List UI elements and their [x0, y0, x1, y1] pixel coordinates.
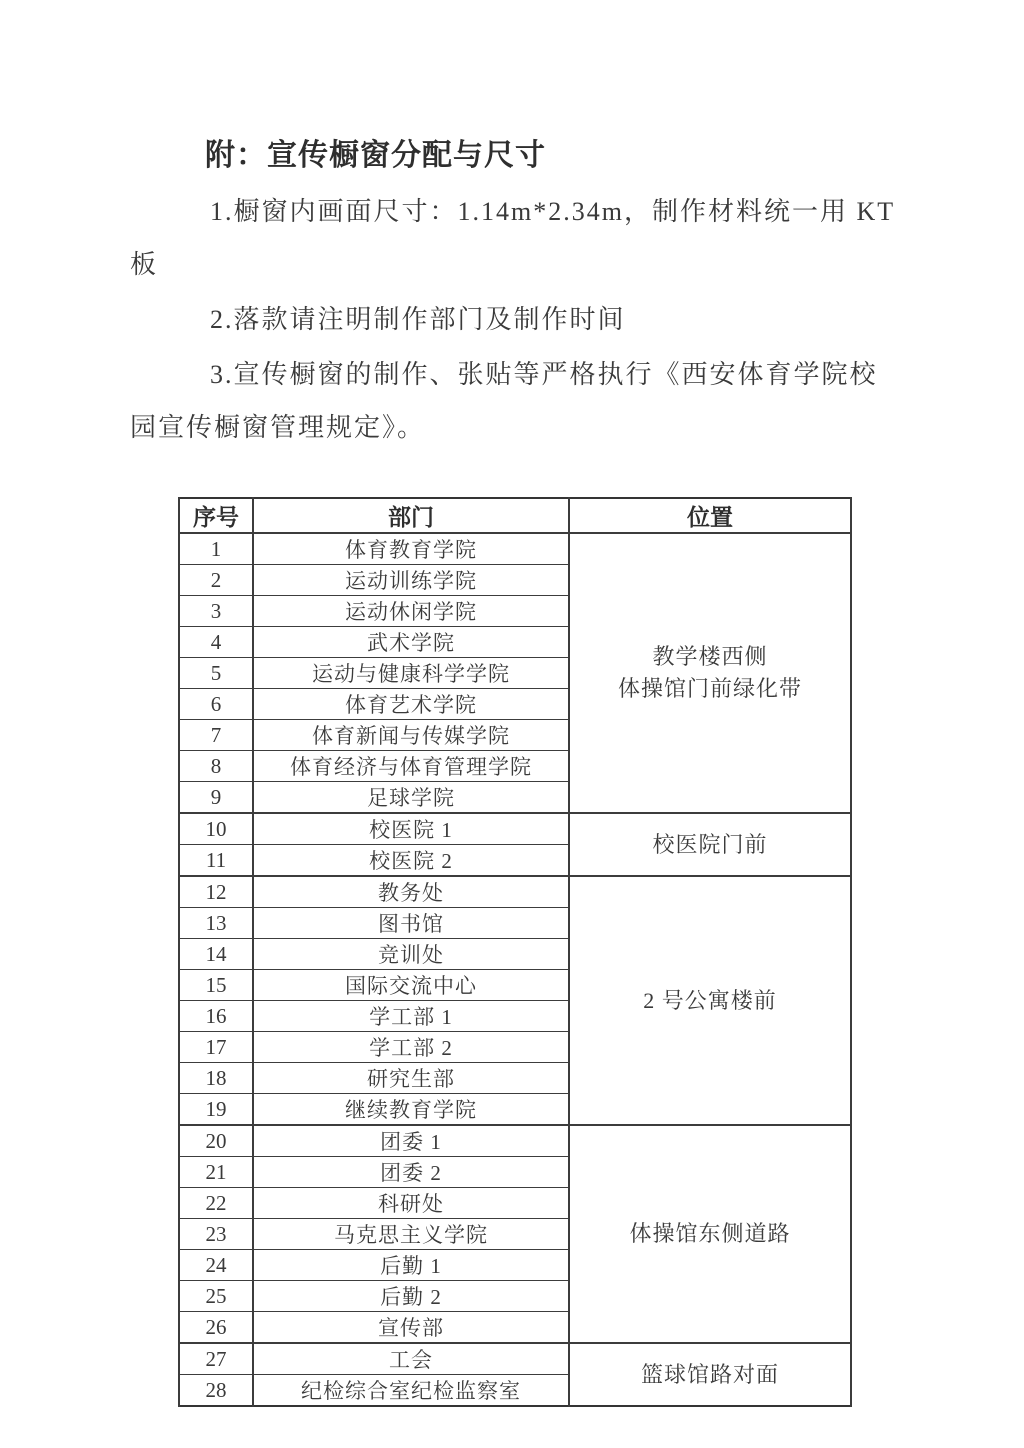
row-no-cell: 7 [179, 720, 253, 751]
location-line: 教学楼西侧 [570, 641, 850, 673]
row-no-cell: 13 [179, 908, 253, 939]
row-no-cell: 12 [179, 876, 253, 908]
row-no-cell: 23 [179, 1219, 253, 1250]
department-cell: 图书馆 [253, 908, 569, 939]
row-no-cell: 21 [179, 1157, 253, 1188]
table-header-row: 序号 部门 位置 [179, 498, 851, 533]
row-no-cell: 10 [179, 813, 253, 845]
department-cell: 纪检综合室纪检监察室 [253, 1375, 569, 1407]
row-no-cell: 5 [179, 658, 253, 689]
location-cell: 教学楼西侧 体操馆门前绿化带 [569, 533, 851, 813]
table-row: 27 工会 篮球馆路对面 [179, 1343, 851, 1375]
department-cell: 研究生部 [253, 1063, 569, 1094]
row-no-cell: 27 [179, 1343, 253, 1375]
department-cell: 马克思主义学院 [253, 1219, 569, 1250]
department-cell: 团委 1 [253, 1125, 569, 1157]
department-cell: 校医院 2 [253, 845, 569, 877]
row-no-cell: 9 [179, 782, 253, 814]
row-no-cell: 15 [179, 970, 253, 1001]
row-no-cell: 11 [179, 845, 253, 877]
row-no-cell: 2 [179, 565, 253, 596]
location-cell: 校医院门前 [569, 813, 851, 876]
row-no-cell: 26 [179, 1312, 253, 1344]
department-cell: 学工部 1 [253, 1001, 569, 1032]
row-no-cell: 16 [179, 1001, 253, 1032]
row-no-cell: 14 [179, 939, 253, 970]
location-line: 体操馆门前绿化带 [570, 673, 850, 705]
department-cell: 团委 2 [253, 1157, 569, 1188]
location-line: 校医院门前 [570, 829, 850, 861]
department-cell: 运动与健康科学学院 [253, 658, 569, 689]
document-page: 附：宣传橱窗分配与尺寸 1.橱窗内画面尺寸：1.14m*2.34m，制作材料统一… [0, 0, 1024, 1448]
paragraph-line-1: 1.橱窗内画面尺寸：1.14m*2.34m，制作材料统一用 KT [210, 191, 895, 228]
department-cell: 工会 [253, 1343, 569, 1375]
row-no-cell: 8 [179, 751, 253, 782]
row-no-cell: 28 [179, 1375, 253, 1407]
department-cell: 体育新闻与传媒学院 [253, 720, 569, 751]
row-no-cell: 1 [179, 533, 253, 565]
department-cell: 宣传部 [253, 1312, 569, 1344]
department-cell: 科研处 [253, 1188, 569, 1219]
row-no-cell: 22 [179, 1188, 253, 1219]
location-line: 2 号公寓楼前 [570, 985, 850, 1017]
table-row: 20 团委 1 体操馆东侧道路 [179, 1125, 851, 1157]
department-cell: 后勤 2 [253, 1281, 569, 1312]
col-header-department: 部门 [253, 498, 569, 533]
department-cell: 国际交流中心 [253, 970, 569, 1001]
department-cell: 体育艺术学院 [253, 689, 569, 720]
location-cell: 体操馆东侧道路 [569, 1125, 851, 1343]
department-cell: 武术学院 [253, 627, 569, 658]
location-cell: 篮球馆路对面 [569, 1343, 851, 1406]
paragraph-line-3: 2.落款请注明制作部门及制作时间 [210, 299, 626, 336]
department-cell: 体育教育学院 [253, 533, 569, 565]
col-header-no: 序号 [179, 498, 253, 533]
location-line: 体操馆东侧道路 [570, 1218, 850, 1250]
department-cell: 校医院 1 [253, 813, 569, 845]
location-line: 篮球馆路对面 [570, 1359, 850, 1391]
department-cell: 继续教育学院 [253, 1094, 569, 1126]
row-no-cell: 20 [179, 1125, 253, 1157]
row-no-cell: 18 [179, 1063, 253, 1094]
table-row: 10 校医院 1 校医院门前 [179, 813, 851, 845]
location-cell: 2 号公寓楼前 [569, 876, 851, 1125]
department-cell: 体育经济与体育管理学院 [253, 751, 569, 782]
row-no-cell: 25 [179, 1281, 253, 1312]
col-header-location: 位置 [569, 498, 851, 533]
row-no-cell: 24 [179, 1250, 253, 1281]
department-cell: 运动训练学院 [253, 565, 569, 596]
row-no-cell: 4 [179, 627, 253, 658]
paragraph-line-4: 3.宣传橱窗的制作、张贴等严格执行《西安体育学院校 [210, 354, 878, 391]
paragraph-line-2: 板 [130, 244, 158, 281]
department-cell: 学工部 2 [253, 1032, 569, 1063]
row-no-cell: 6 [179, 689, 253, 720]
department-cell: 教务处 [253, 876, 569, 908]
department-cell: 后勤 1 [253, 1250, 569, 1281]
table-row: 1 体育教育学院 教学楼西侧 体操馆门前绿化带 [179, 533, 851, 565]
window-assignment-table: 序号 部门 位置 1 体育教育学院 教学楼西侧 体操馆门前绿化带 2 运动训练学… [178, 497, 852, 1407]
paragraph-line-5: 园宣传橱窗管理规定》。 [130, 407, 425, 444]
department-cell: 足球学院 [253, 782, 569, 814]
department-cell: 竞训处 [253, 939, 569, 970]
row-no-cell: 19 [179, 1094, 253, 1126]
department-cell: 运动休闲学院 [253, 596, 569, 627]
row-no-cell: 3 [179, 596, 253, 627]
table-row: 12 教务处 2 号公寓楼前 [179, 876, 851, 908]
attachment-title: 附：宣传橱窗分配与尺寸 [205, 130, 546, 174]
row-no-cell: 17 [179, 1032, 253, 1063]
